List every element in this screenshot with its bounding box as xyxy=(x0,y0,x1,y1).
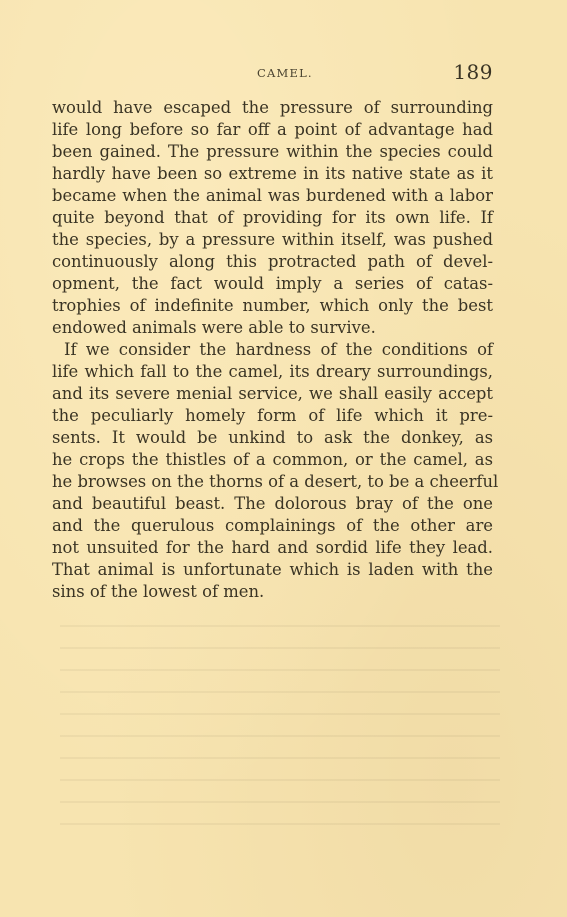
text-line: hardly have been so extreme in its nativ… xyxy=(52,163,493,185)
text-line: quite beyond that of providing for its o… xyxy=(52,207,493,229)
text-line: trophies of indefinite number, which onl… xyxy=(52,295,493,317)
text-line: That animal is unfortunate which is lade… xyxy=(52,559,493,581)
text-line: life long before so far off a point of a… xyxy=(52,119,493,141)
text-line: he browses on the thorns of a desert, to… xyxy=(52,471,493,493)
text-line: and its severe menial service, we shall … xyxy=(52,383,493,405)
page-number: 189 xyxy=(453,60,493,84)
book-page: CAMEL. 189 would have escaped the pressu… xyxy=(0,0,567,917)
text-line: became when the animal was burdened with… xyxy=(52,185,493,207)
text-line: life which fall to the camel, its dreary… xyxy=(52,361,493,383)
body-text: would have escaped the pressure of surro… xyxy=(52,97,493,603)
text-line: endowed animals were able to survive. xyxy=(52,317,493,339)
text-line: the species, by a pressure within itself… xyxy=(52,229,493,251)
text-line: the peculiarly homely form of life which… xyxy=(52,405,493,427)
text-line: would have escaped the pressure of surro… xyxy=(52,97,493,119)
text-line: sents. It would be unkind to ask the don… xyxy=(52,427,493,449)
text-line: he crops the thistles of a common, or th… xyxy=(52,449,493,471)
paragraph-1: would have escaped the pressure of surro… xyxy=(52,97,493,339)
show-through-texture xyxy=(60,625,500,835)
text-line: been gained. The pressure within the spe… xyxy=(52,141,493,163)
text-line: and the querulous complainings of the ot… xyxy=(52,515,493,537)
text-line: not unsuited for the hard and sordid lif… xyxy=(52,537,493,559)
text-line: and beautiful beast. The dolorous bray o… xyxy=(52,493,493,515)
text-line: If we consider the hardness of the condi… xyxy=(52,339,493,361)
running-title: CAMEL. xyxy=(257,66,313,80)
text-line: continuously along this protracted path … xyxy=(52,251,493,273)
paragraph-2: If we consider the hardness of the condi… xyxy=(52,339,493,603)
text-line: opment, the fact would imply a series of… xyxy=(52,273,493,295)
running-head: CAMEL. 189 xyxy=(52,60,493,86)
text-line: sins of the lowest of men. xyxy=(52,581,493,603)
